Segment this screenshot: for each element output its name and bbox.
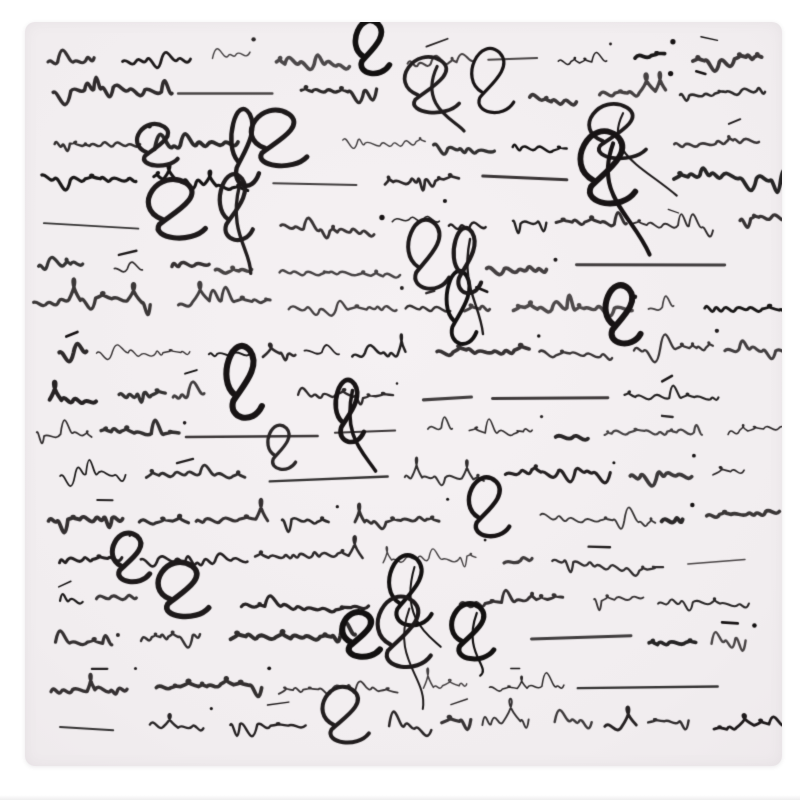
handwriting-script-pattern: [25, 22, 782, 766]
photo-edge-shadow: [0, 795, 800, 800]
embossing-folder-sheet: [25, 22, 782, 766]
product-photo: Product photograph of a square transluce…: [0, 0, 800, 800]
